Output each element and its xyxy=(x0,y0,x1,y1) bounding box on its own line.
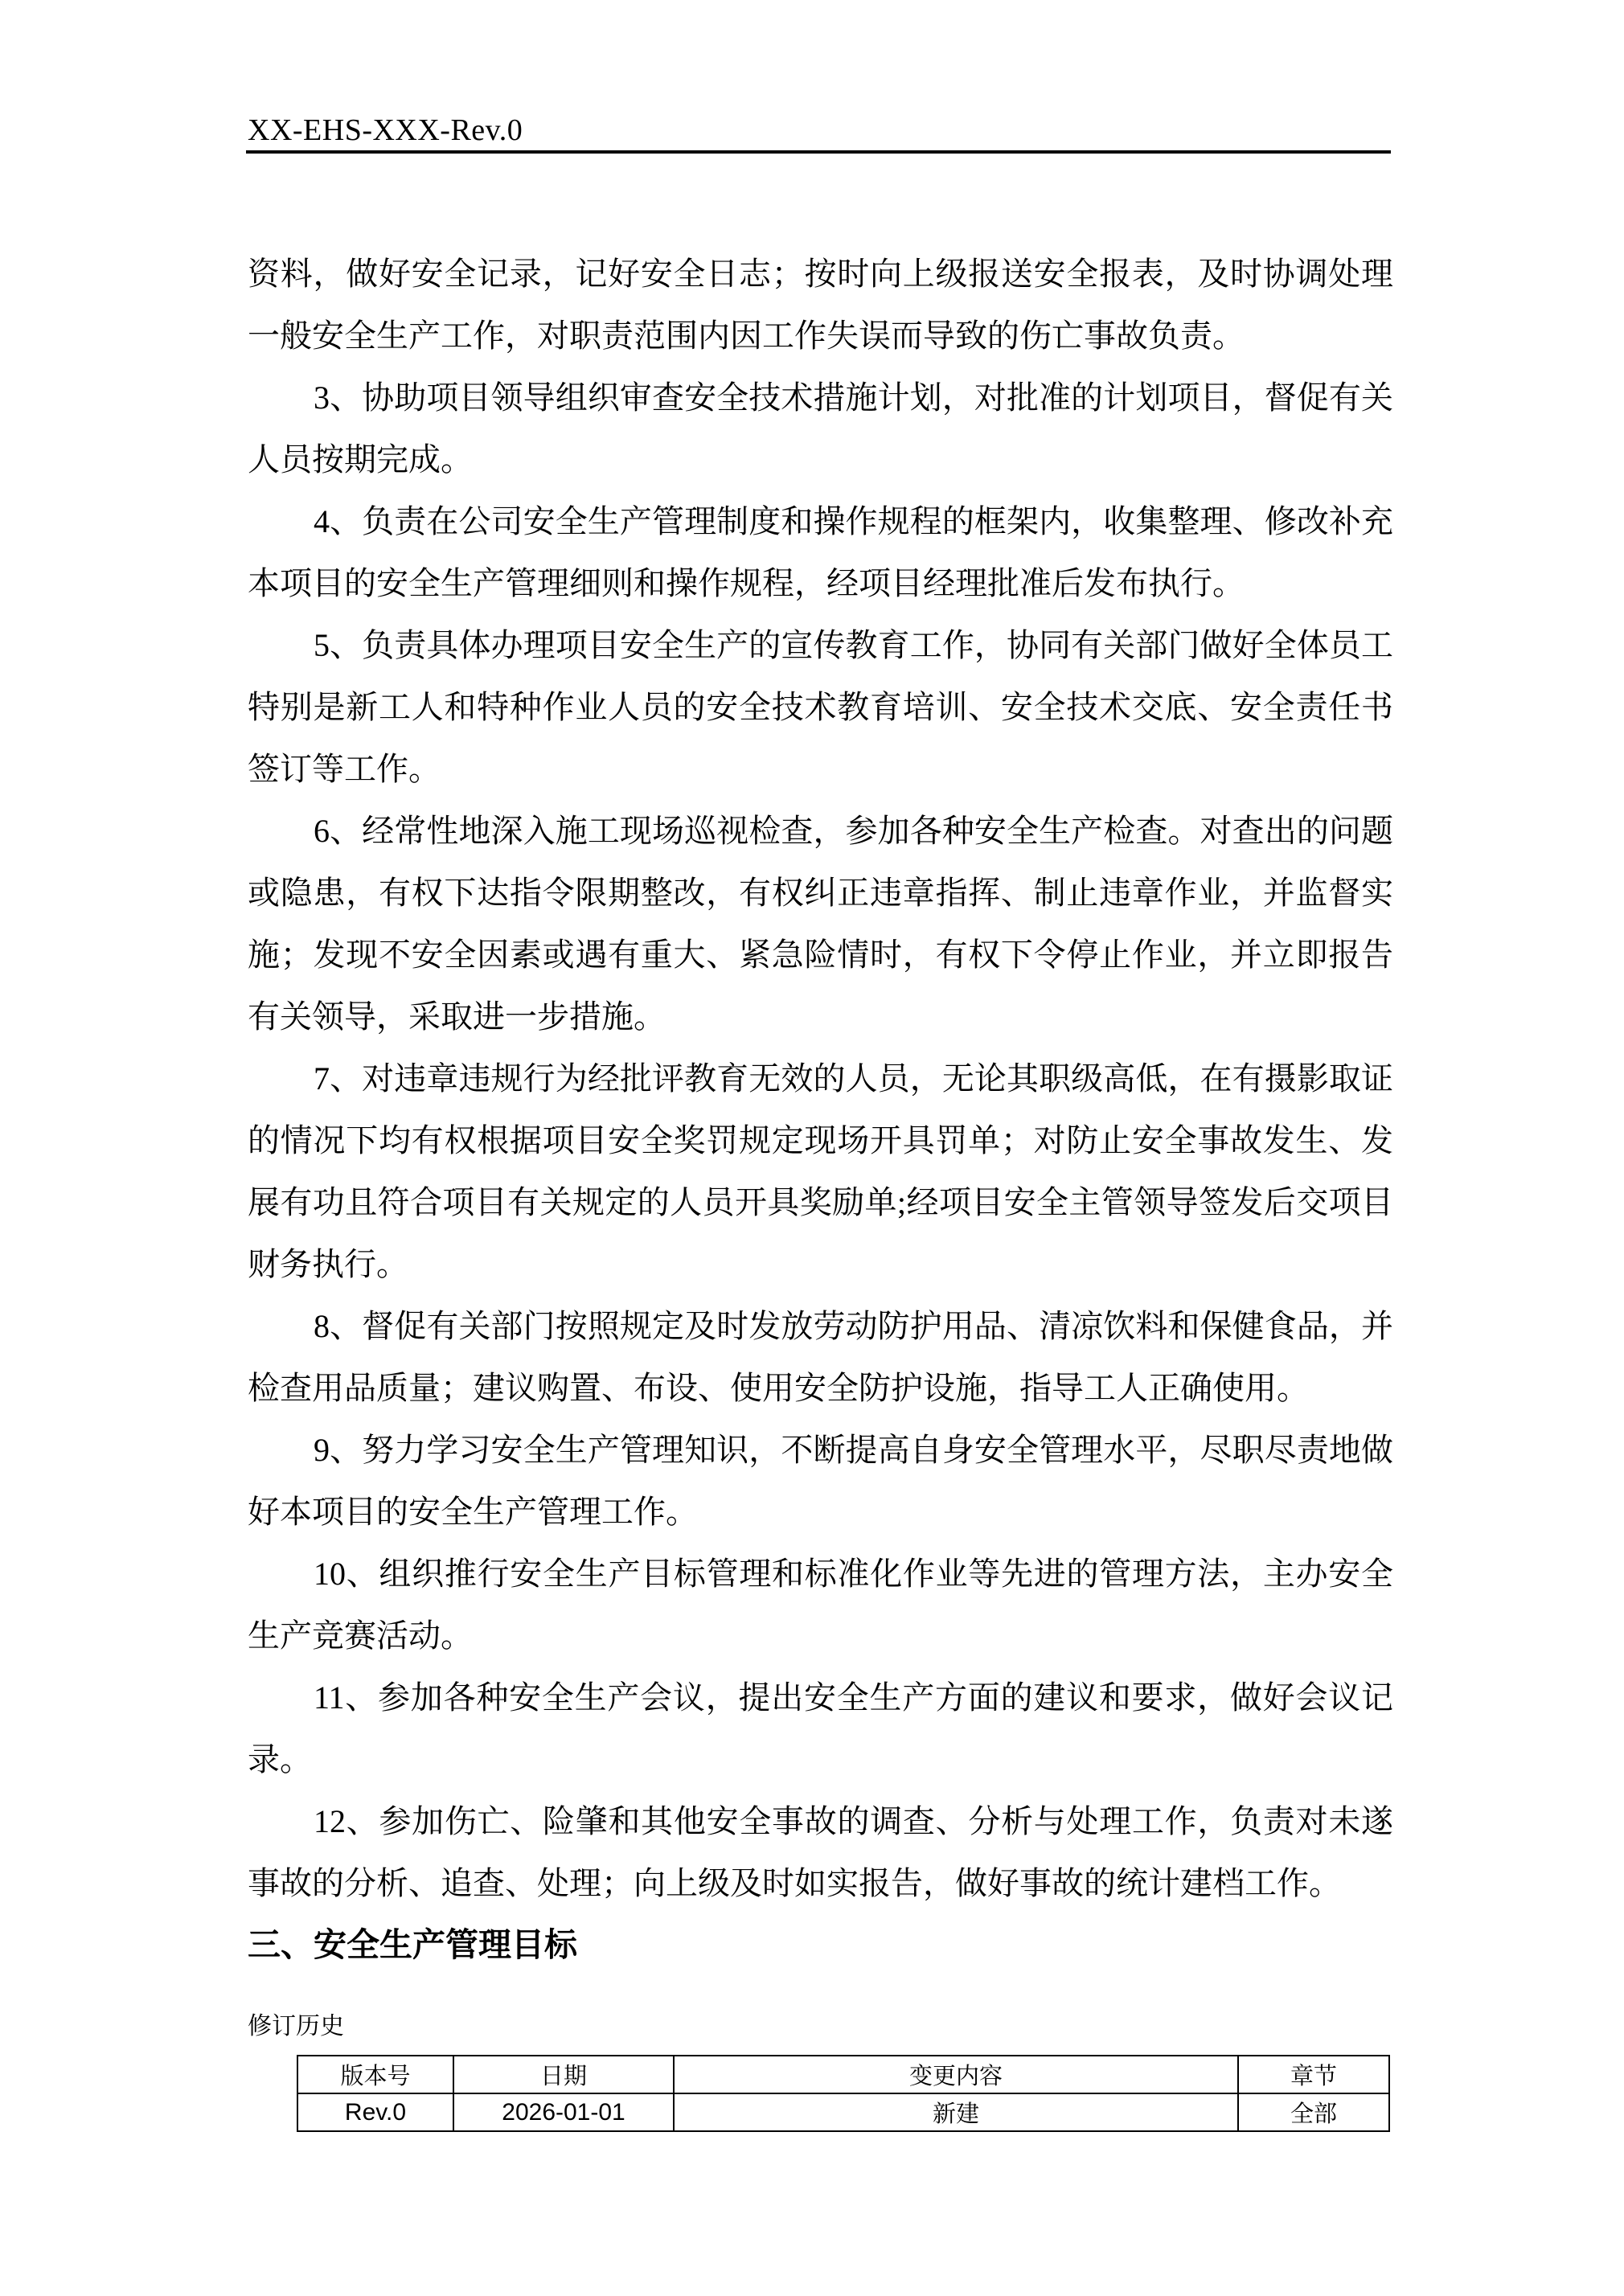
body-paragraph: 4、负责在公司安全生产管理制度和操作规程的框架内，收集整理、修改补充本项目的安全… xyxy=(248,490,1393,614)
body-paragraph: 3、协助项目领导组织审查安全技术措施计划，对批准的计划项目，督促有关人员按期完成… xyxy=(248,367,1393,490)
body-paragraph: 8、督促有关部门按照规定及时发放劳动防护用品、清凉饮料和保健食品，并检查用品质量… xyxy=(248,1295,1393,1419)
table-cell-chapter: 全部 xyxy=(1238,2093,1389,2131)
body-paragraph: 5、负责具体办理项目安全生产的宣传教育工作，协同有关部门做好全体员工特别是新工人… xyxy=(248,614,1393,800)
table-header-changes: 变更内容 xyxy=(674,2056,1238,2093)
table-header-version: 版本号 xyxy=(297,2056,453,2093)
revision-history-label: 修订历史 xyxy=(248,2008,344,2045)
table-cell-version: Rev.0 xyxy=(297,2093,453,2131)
body-paragraph: 10、组织推行安全生产目标管理和标准化作业等先进的管理方法，主办安全生产竞赛活动… xyxy=(248,1543,1393,1667)
table-header-date: 日期 xyxy=(453,2056,674,2093)
revision-history-table: 版本号 日期 变更内容 章节 Rev.0 2026-01-01 新建 全部 xyxy=(297,2055,1390,2132)
section-heading: 三、安全生产管理目标 xyxy=(248,1914,1393,1976)
document-page: XX-EHS-XXX-Rev.0 资料，做好安全记录，记好安全日志；按时向上级报… xyxy=(0,0,1624,2296)
body-paragraph: 资料，做好安全记录，记好安全日志；按时向上级报送安全报表，及时协调处理一般安全生… xyxy=(248,243,1393,367)
table-cell-changes: 新建 xyxy=(674,2093,1238,2131)
document-code: XX-EHS-XXX-Rev.0 xyxy=(248,111,523,150)
body-paragraph: 7、对违章违规行为经批评教育无效的人员，无论其职级高低，在有摄影取证的情况下均有… xyxy=(248,1048,1393,1295)
table-header-chapter: 章节 xyxy=(1238,2056,1389,2093)
body-paragraph: 6、经常性地深入施工现场巡视检查，参加各种安全生产检查。对查出的问题或隐患，有权… xyxy=(248,800,1393,1048)
table-header-row: 版本号 日期 变更内容 章节 xyxy=(297,2056,1389,2093)
body-paragraph: 9、努力学习安全生产管理知识，不断提高自身安全管理水平，尽职尽责地做好本项目的安… xyxy=(248,1419,1393,1543)
table-row: Rev.0 2026-01-01 新建 全部 xyxy=(297,2093,1389,2131)
document-body: 资料，做好安全记录，记好安全日志；按时向上级报送安全报表，及时协调处理一般安全生… xyxy=(248,243,1393,1976)
table-cell-date: 2026-01-01 xyxy=(453,2093,674,2131)
header-divider-rule xyxy=(246,150,1391,154)
body-paragraph: 11、参加各种安全生产会议，提出安全生产方面的建议和要求，做好会议记录。 xyxy=(248,1667,1393,1790)
body-paragraph: 12、参加伤亡、险肇和其他安全事故的调查、分析与处理工作，负责对未遂事故的分析、… xyxy=(248,1790,1393,1914)
